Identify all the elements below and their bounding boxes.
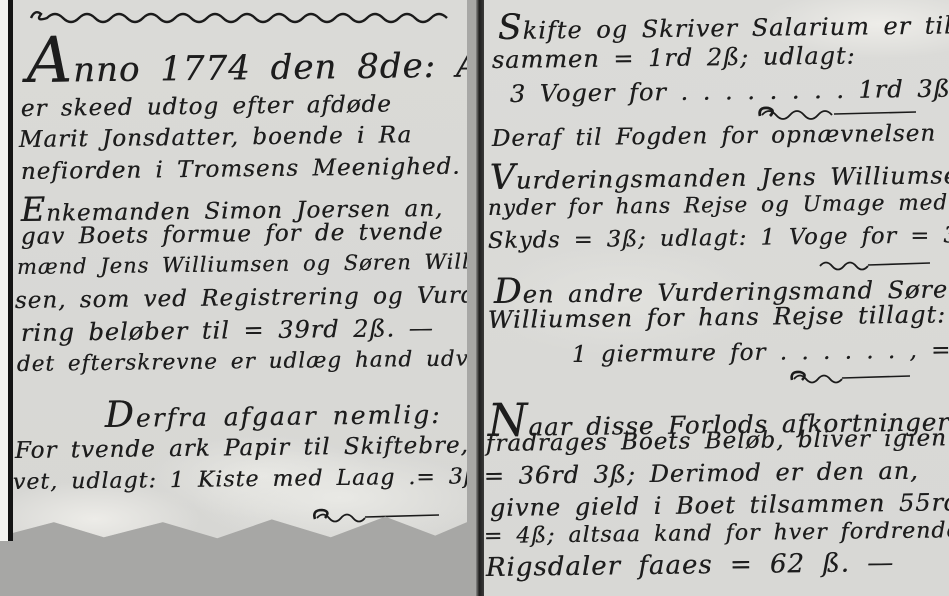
manuscript-line: Derfra afgaar nemlig: <box>104 389 441 436</box>
manuscript-line: For tvende ark Papir til Skiftebre, <box>15 432 469 464</box>
manuscript-line: = 4ß; altsaa kand for hver fordrende <box>484 518 949 549</box>
underline-flourish-icon <box>752 104 920 122</box>
right-page: Skifte og Skriver Salarium er til. samme… <box>484 0 949 596</box>
manuscript-line: fradrages Boets Beløb, bliver igien <box>486 425 947 457</box>
manuscript-line: er skeed udtog efter afdøde <box>21 91 392 122</box>
underline-flourish-icon <box>784 368 914 386</box>
page-spine <box>476 0 484 596</box>
manuscript-line: Rigsdaler faaes = 62 ß. — <box>486 548 895 583</box>
manuscript-line: 1 giermure for . . . . . . , = 2ß =. <box>572 336 949 368</box>
manuscript-line: gav Boets formue for de tvende <box>21 219 444 250</box>
manuscript-line: Skifte og Skriver Salarium er til. <box>498 2 949 48</box>
binding-rule <box>8 0 13 541</box>
manuscript-line: vet, udlagt: 1 Kiste med Laag .= 3ß = <box>13 464 512 495</box>
left-margin-strip <box>0 0 8 541</box>
left-page: Anno 1774 den 8de: April, er skeed udtog… <box>13 0 467 541</box>
manuscript-line: det efterskrevne er udlæg hand udviist. <box>17 346 514 377</box>
manuscript-line: = 36rd 3ß; Derimod er den an, <box>484 457 919 490</box>
manuscript-line: Williumsen for hans Rejse tillagt: <box>488 300 947 334</box>
manuscript-line: Marit Jonsdatter, boende i Ra <box>19 122 413 153</box>
manuscript-line: Deraf til Fogden for opnævnelsen 1ß; <box>492 120 949 152</box>
manuscript-line: nefiorden i Tromsens Meenighed. <box>21 154 461 185</box>
manuscript-line: mænd Jens Williumsen og Søren Willium, <box>17 249 521 279</box>
manuscript-line: sen, som ved Registrering og Vurde, <box>15 282 500 314</box>
manuscript-line: givne gield i Boet tilsammen 55rd <box>490 488 949 522</box>
manuscript-line: sammen = 1rd 2ß; udlagt: <box>492 42 856 74</box>
manuscript-line: 3 Voger for . . . . . . . . 1rd 3ß - <box>510 74 949 108</box>
underline-flourish-icon <box>309 506 443 524</box>
manuscript-scan: Anno 1774 den 8de: April, er skeed udtog… <box>0 0 949 596</box>
manuscript-line: nyder for hans Rejse og Umage med egen <box>488 190 949 221</box>
manuscript-line: Skyds = 3ß; udlagt: 1 Voge for = 3ß =. <box>488 222 949 254</box>
manuscript-line: ring beløber til = 39rd 2ß. — <box>21 314 434 347</box>
